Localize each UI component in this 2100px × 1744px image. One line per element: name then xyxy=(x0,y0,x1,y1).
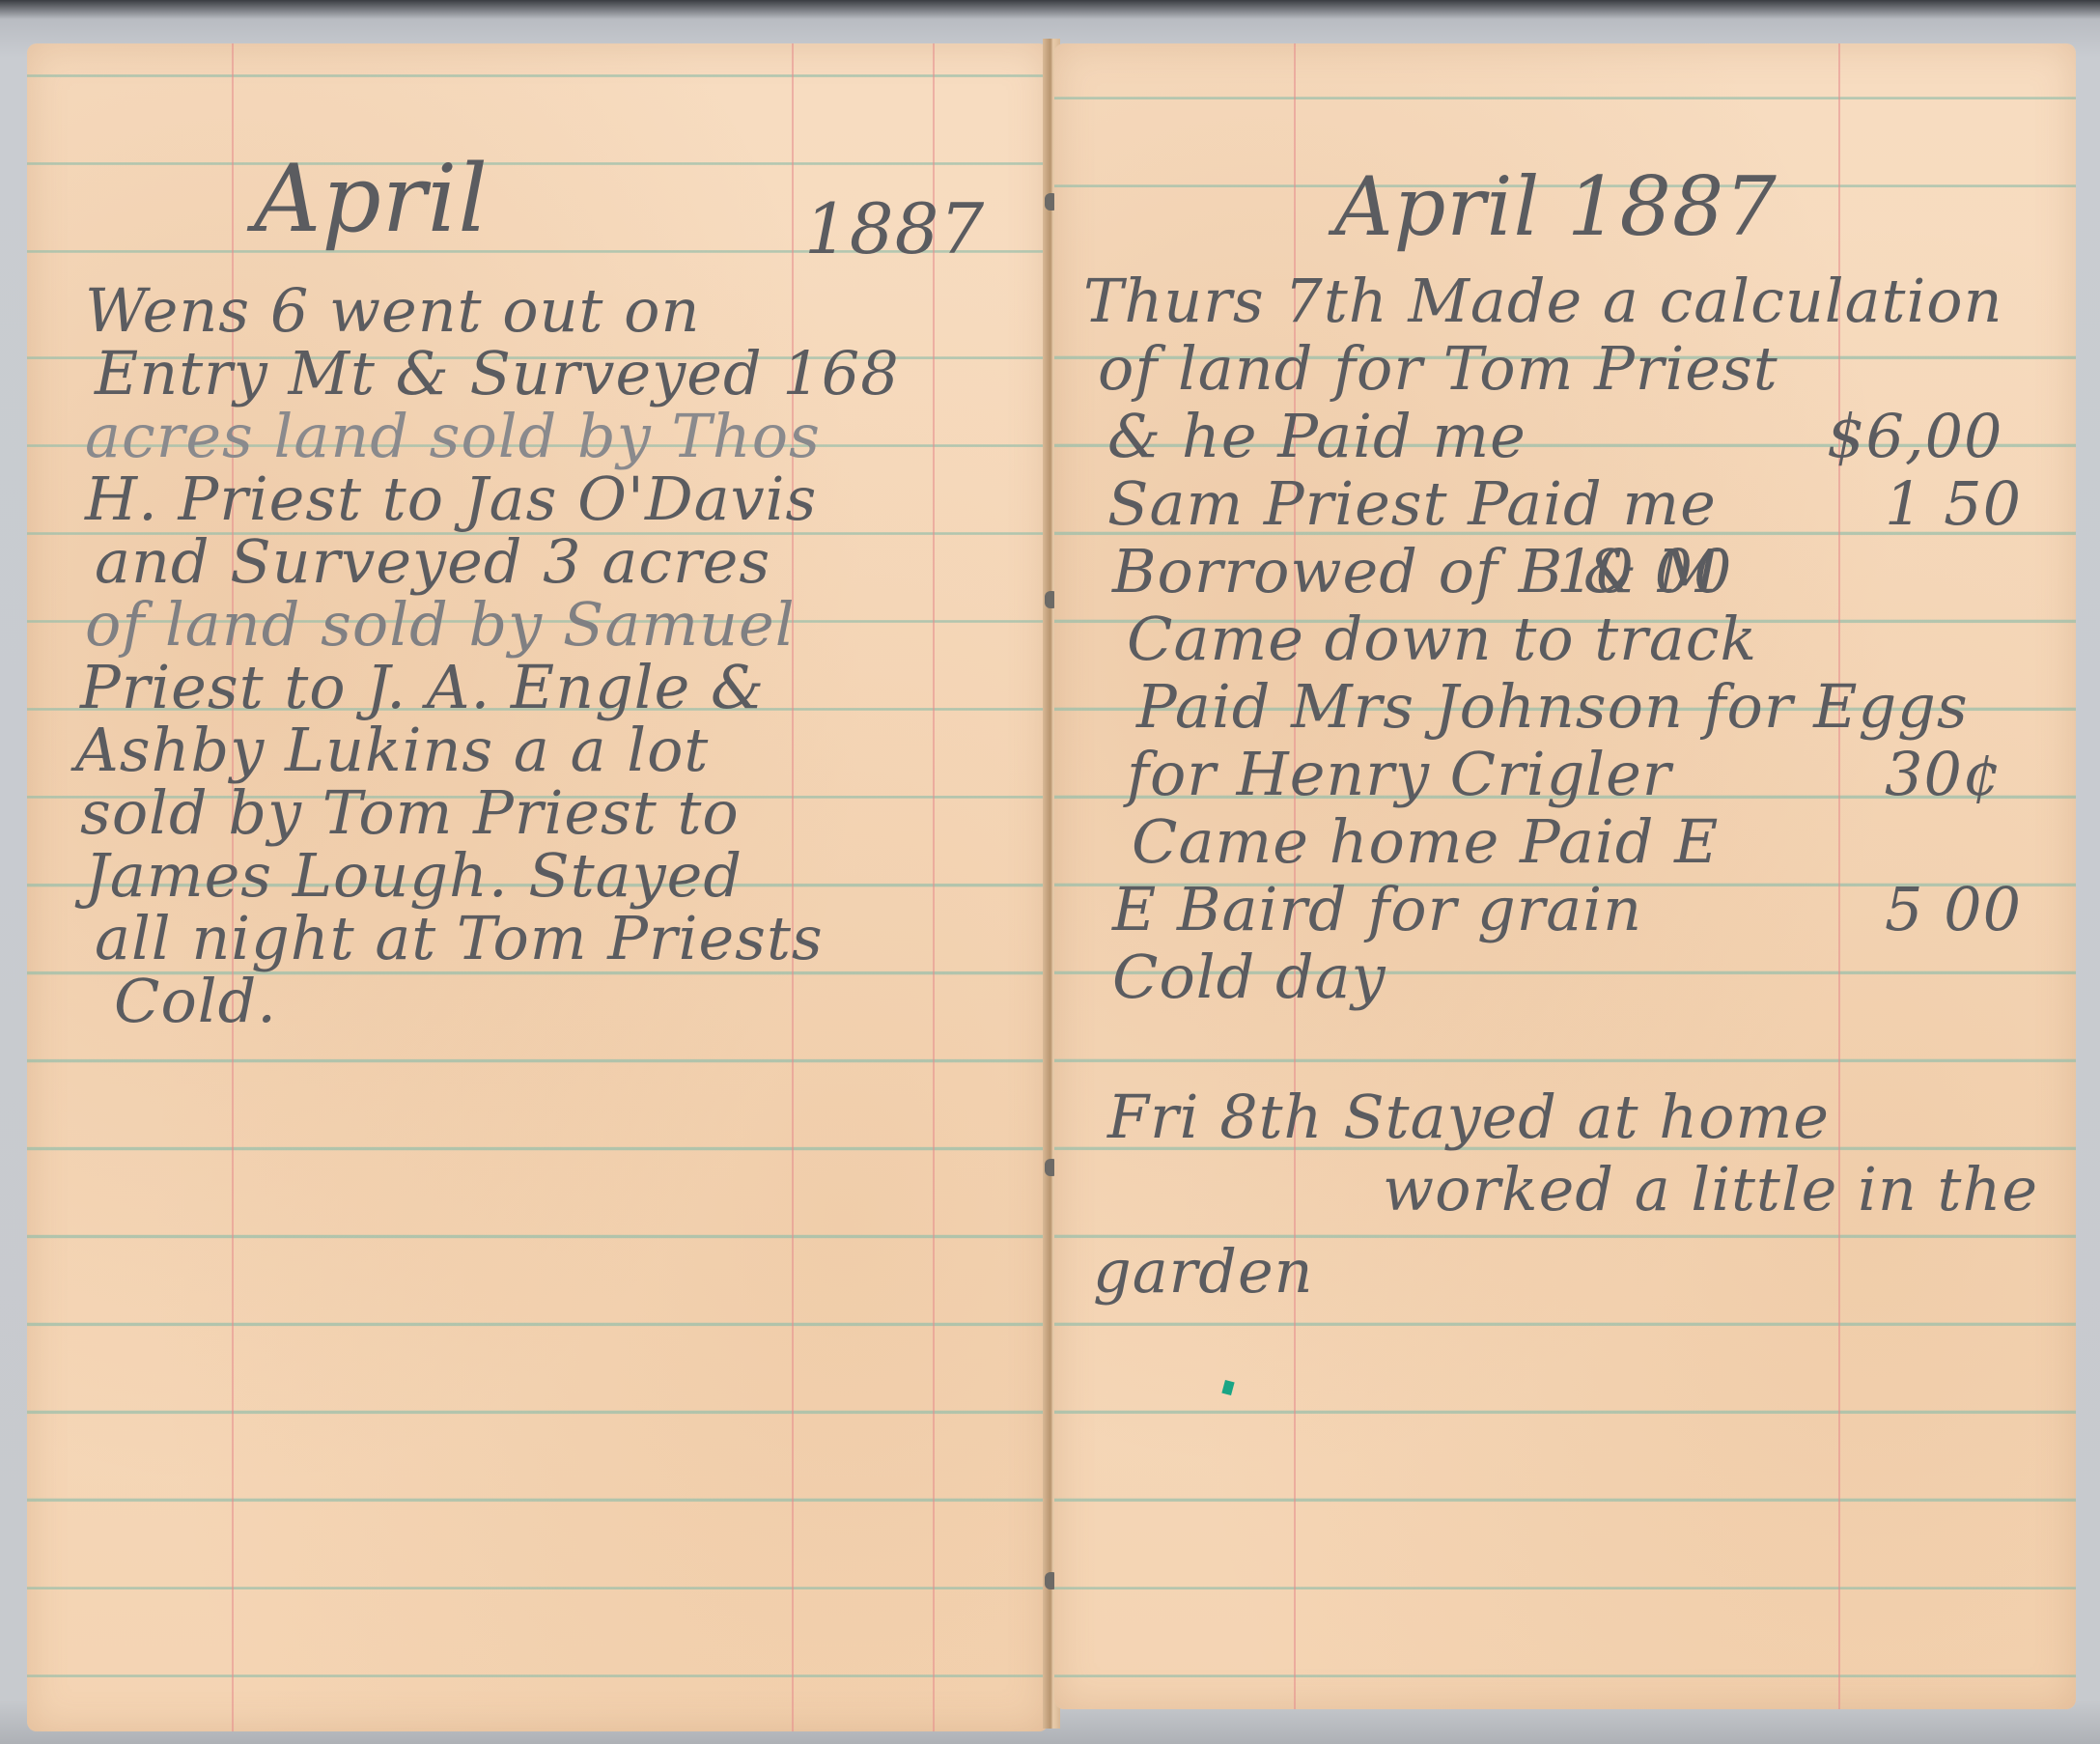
left-line: H. Priest to Jas O'Davis xyxy=(85,464,817,534)
left-line: of land sold by Samuel xyxy=(85,589,796,660)
left-line: and Surveyed 3 acres xyxy=(95,526,770,597)
right-entry: for Henry Crigler xyxy=(1127,739,1671,809)
right-page: April 1887 Thurs 7th Made a calculation … xyxy=(1054,43,2076,1709)
right-heading: April 1887 xyxy=(1334,159,1778,254)
right-entry: & he Paid me xyxy=(1107,401,1526,471)
right-entry: Cold day xyxy=(1112,942,1386,1012)
right-entry: Sam Priest Paid me xyxy=(1107,468,1717,539)
right-entry: Came down to track xyxy=(1127,604,1757,674)
left-line: all night at Tom Priests xyxy=(95,903,824,973)
amount: 5 00 xyxy=(1885,874,2022,944)
amount: $6,00 xyxy=(1827,401,2003,471)
right-entry: Came home Paid E xyxy=(1132,806,1719,877)
right-entry: garden xyxy=(1093,1236,1314,1307)
left-line: Ashby Lukins a a lot xyxy=(75,715,709,785)
left-line: sold by Tom Priest to xyxy=(80,777,740,848)
left-line: acres land sold by Thos xyxy=(85,401,821,471)
left-line: Priest to J. A. Engle & xyxy=(80,652,765,722)
left-line: James Lough. Stayed xyxy=(85,840,742,911)
amount: 30¢ xyxy=(1885,739,2002,809)
margin-line xyxy=(933,43,935,1731)
margin-line xyxy=(792,43,794,1731)
left-line: Entry Mt & Surveyed 168 xyxy=(95,338,900,408)
right-entry: of land for Tom Priest xyxy=(1098,333,1778,404)
amount: 10 00 xyxy=(1556,536,1733,606)
right-entry: Paid Mrs Johnson for Eggs xyxy=(1136,671,1969,742)
right-entry: Fri 8th Stayed at home xyxy=(1107,1082,1830,1152)
amount: 1 50 xyxy=(1885,468,2022,539)
right-entry: E Baird for grain xyxy=(1112,874,1642,944)
left-line: Wens 6 went out on xyxy=(85,275,700,346)
left-line: Cold. xyxy=(114,966,277,1036)
right-entry: worked a little in the xyxy=(1383,1154,2038,1224)
left-heading-year: 1887 xyxy=(804,188,985,269)
left-heading-month: April xyxy=(254,145,489,253)
right-entry: Thurs 7th Made a calculation xyxy=(1083,266,2003,336)
left-page: April 1887 Wens 6 went out on Entry Mt &… xyxy=(27,43,1049,1731)
